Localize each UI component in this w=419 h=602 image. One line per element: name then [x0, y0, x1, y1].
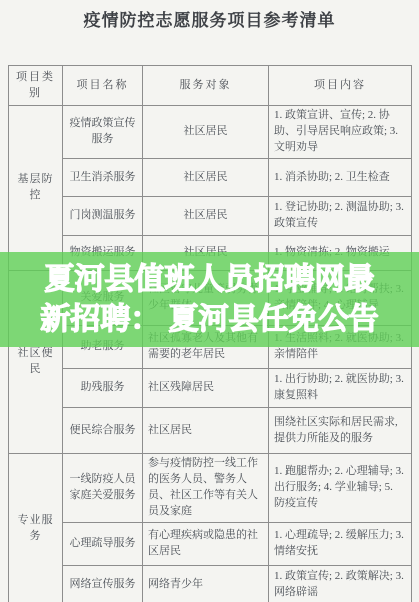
service-target-cell: 社区居民 [143, 197, 269, 236]
project-name-cell: 卫生消杀服务 [63, 159, 143, 197]
project-name-cell: 心理疏导服务 [63, 522, 143, 565]
header-project-category: 项目类别 [9, 66, 63, 106]
project-content-cell: 1. 政策宣传; 2. 政策解决; 3. 网络辟谣 [269, 565, 412, 602]
project-content-cell: 1. 出行协助; 2. 就医协助; 3. 康复照料 [269, 369, 412, 408]
table-row: 专业服务 一线防疫人员家庭关爱服务 参与疫情防控一线工作的医务人员、警务人员、社… [9, 454, 412, 523]
project-name-cell: 助残服务 [63, 369, 143, 408]
project-content-cell: 围绕社区实际和居民需求, 提供力所能及的服务 [269, 408, 412, 454]
project-name-cell: 一线防疫人员家庭关爱服务 [63, 454, 143, 523]
table-header-row: 项目类别 项目名称 服务对象 项目内容 [9, 66, 412, 106]
table-row: 卫生消杀服务 社区居民 1. 消杀协助; 2. 卫生检查 [9, 159, 412, 197]
table-row: 门岗测温服务 社区居民 1. 登记协助; 2. 测温协助; 3. 政策宣传 [9, 197, 412, 236]
overlay-text-line2: 新招聘： 夏河县任免公告 [40, 300, 378, 340]
project-content-cell: 1. 跑腿帮办; 2. 心理辅导; 3. 出行服务; 4. 学业辅导; 5. 防… [269, 454, 412, 523]
scanned-document-page: 疫情防控志愿服务项目参考清单 项目类别 项目名称 服务对象 项目内容 基层防控 … [0, 0, 419, 602]
project-content-cell: 1. 消杀协助; 2. 卫生检查 [269, 159, 412, 197]
service-target-cell: 社区残障居民 [143, 369, 269, 408]
project-content-cell: 1. 政策宣讲、宣传; 2. 协助、引导居民响应政策; 3. 文明劝导 [269, 106, 412, 159]
table-row: 基层防控 疫情政策宣传服务 社区居民 1. 政策宣讲、宣传; 2. 协助、引导居… [9, 106, 412, 159]
header-service-target: 服务对象 [143, 66, 269, 106]
project-name-cell: 门岗测温服务 [63, 197, 143, 236]
header-project-content: 项目内容 [269, 66, 412, 106]
service-target-cell: 社区居民 [143, 106, 269, 159]
service-target-cell: 有心理疾病或隐患的社区居民 [143, 522, 269, 565]
document-title: 疫情防控志愿服务项目参考清单 [0, 6, 419, 31]
header-project-name: 项目名称 [63, 66, 143, 106]
project-content-cell: 1. 登记协助; 2. 测温协助; 3. 政策宣传 [269, 197, 412, 236]
project-name-cell: 网络宣传服务 [63, 565, 143, 602]
category-cell-grassroots: 基层防控 [9, 106, 63, 271]
project-content-cell: 1. 心理疏导; 2. 缓解压力; 3. 情绪安抚 [269, 522, 412, 565]
service-target-cell: 参与疫情防控一线工作的医务人员、警务人员、社区工作等有关人员及家庭 [143, 454, 269, 523]
service-target-cell: 社区居民 [143, 408, 269, 454]
table-row: 便民综合服务 社区居民 围绕社区实际和居民需求, 提供力所能及的服务 [9, 408, 412, 454]
project-name-cell: 便民综合服务 [63, 408, 143, 454]
table-row: 网络宣传服务 网络青少年 1. 政策宣传; 2. 政策解决; 3. 网络辟谣 [9, 565, 412, 602]
table-row: 心理疏导服务 有心理疾病或隐患的社区居民 1. 心理疏导; 2. 缓解压力; 3… [9, 522, 412, 565]
service-target-cell: 网络青少年 [143, 565, 269, 602]
service-target-cell: 社区居民 [143, 159, 269, 197]
table-row: 助残服务 社区残障居民 1. 出行协助; 2. 就医协助; 3. 康复照料 [9, 369, 412, 408]
overlay-text-line1: 夏河县值班人员招聘网最 [45, 260, 375, 300]
category-cell-professional: 专业服务 [9, 454, 63, 602]
project-name-cell: 疫情政策宣传服务 [63, 106, 143, 159]
green-caption-overlay: 夏河县值班人员招聘网最 新招聘： 夏河县任免公告 [0, 252, 419, 347]
